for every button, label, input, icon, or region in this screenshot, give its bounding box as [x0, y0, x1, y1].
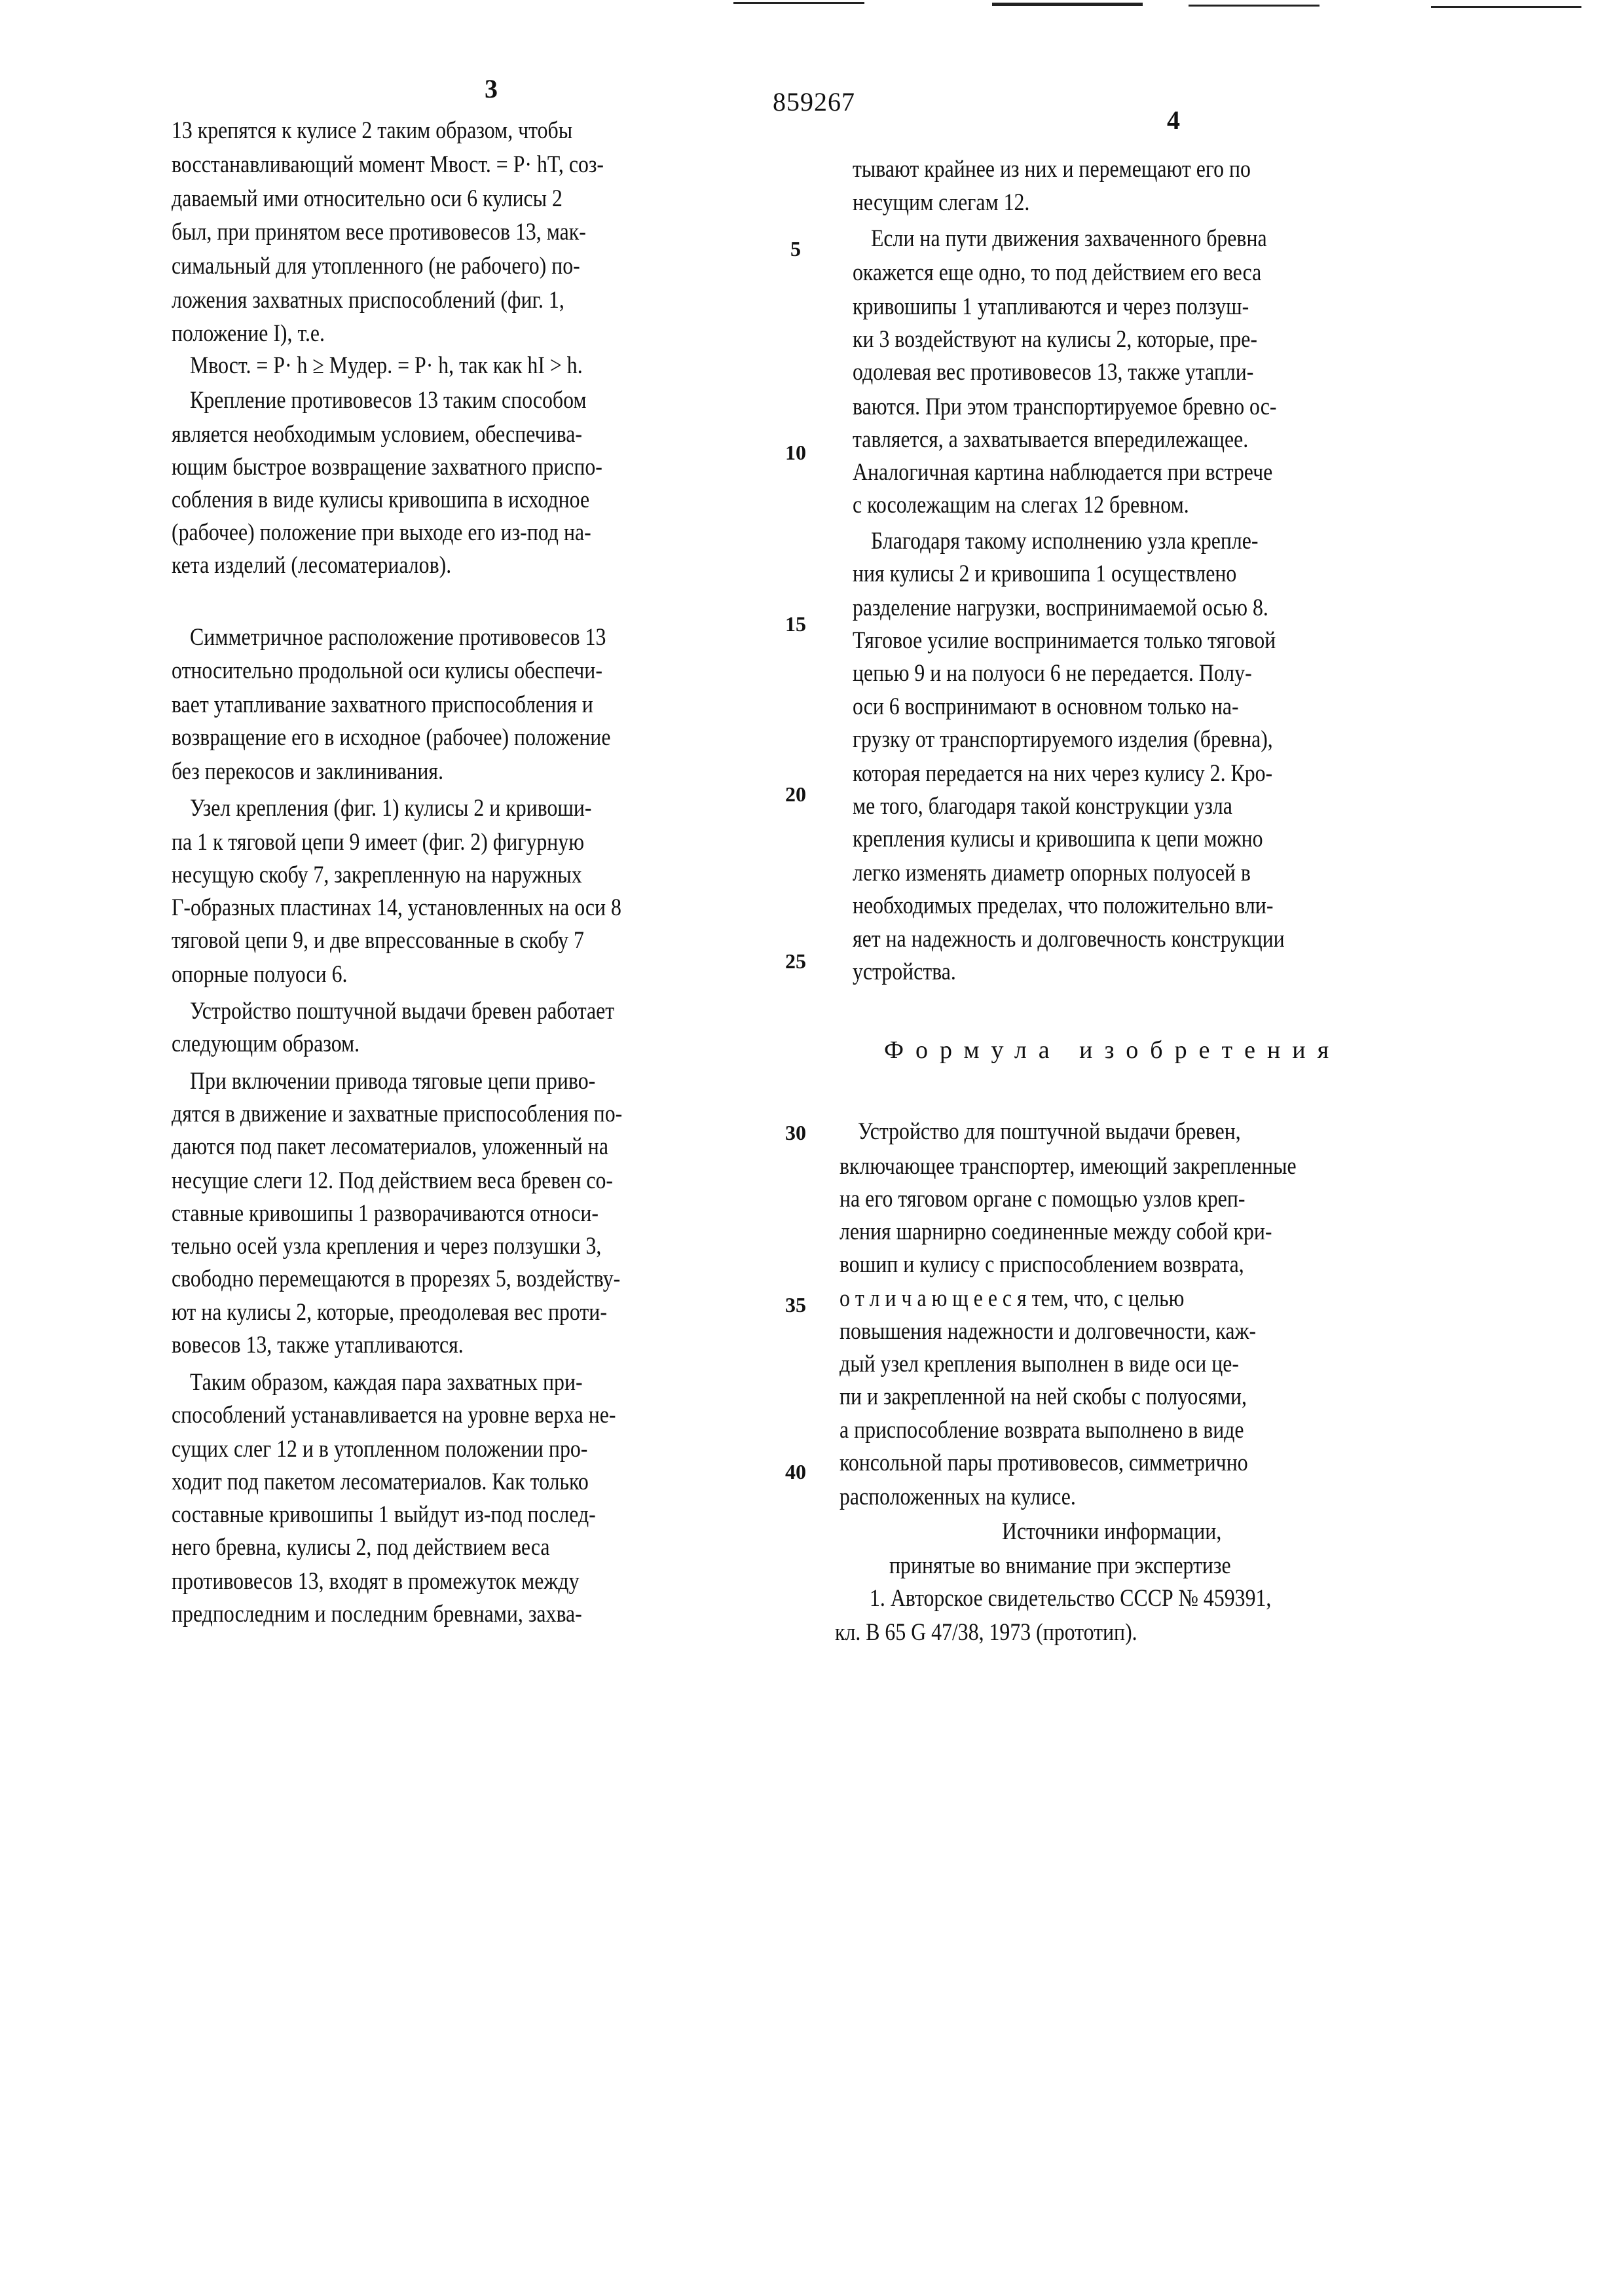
text-line: вает утапливание захватного приспособлен… [172, 691, 593, 720]
claim-line: Устройство для поштучной выдачи бревен, [858, 1118, 1241, 1146]
text-line: Симметричное расположение противовесов 1… [190, 623, 606, 652]
text-line: опорные полуоси 6. [172, 960, 347, 989]
text-line: свободно перемещаются в прорезях 5, возд… [172, 1265, 620, 1294]
line-number: 40 [776, 1460, 815, 1484]
text-line: тельно осей узла крепления и через ползу… [172, 1232, 601, 1261]
text-line: Г-образных пластинах 14, установленных н… [172, 894, 621, 922]
text-line: противовесов 13, входят в промежуток меж… [172, 1567, 580, 1596]
text-line: восстанавливающий момент Mвост. = P· hT,… [172, 151, 604, 179]
claim-line: консольной пары противовесов, симметричн… [840, 1449, 1248, 1478]
claim-line: а приспособление возврата выполнено в ви… [840, 1416, 1244, 1445]
text-line: следующим образом. [172, 1030, 360, 1059]
claim-line: на его тяговом органе с помощью узлов кр… [840, 1185, 1246, 1214]
text-line: Узел крепления (фиг. 1) кулисы 2 и криво… [190, 794, 591, 823]
claim-line: пи и закрепленной на ней скобы с полуося… [840, 1383, 1247, 1412]
text-line: даются под пакет лесоматериалов, уложенн… [172, 1133, 608, 1161]
text-line: дятся в движение и захватные приспособле… [172, 1100, 622, 1129]
text-line: При включении привода тяговые цепи приво… [190, 1067, 595, 1096]
text-line: ходит под пакетом лесоматериалов. Как то… [172, 1468, 589, 1497]
text-line: кета изделий (лесоматериалов). [172, 551, 451, 580]
text-line: без перекосов и заклинивания. [172, 757, 443, 786]
text-line: сущих слег 12 и в утопленном положении п… [172, 1435, 587, 1464]
patent-page: 3 859267 4 13 крепятся к кулисе 2 таким … [0, 0, 1624, 2296]
text-line: симальный для утопленного (не рабочего) … [172, 252, 580, 281]
claim-line: расположенных на кулисе. [840, 1483, 1076, 1512]
claim-line: дый узел крепления выполнен в виде оси ц… [840, 1350, 1239, 1379]
text-line: него бревна, кулисы 2, под действием вес… [172, 1533, 549, 1562]
text-line: был, при принятом весе противовесов 13, … [172, 218, 586, 247]
line-number: 10 [776, 441, 815, 465]
claims-body: Устройство для поштучной выдачи бревен,в… [840, 0, 1455, 1519]
text-line: составные кривошипы 1 выйдут из-под посл… [172, 1501, 596, 1529]
line-number: 25 [776, 949, 815, 974]
text-line: предпоследним и последним бревнами, захв… [172, 1600, 582, 1629]
claim-line: ления шарнирно соединенные между собой к… [840, 1218, 1272, 1247]
text-line: даваемый ими относительно оси 6 кулисы 2 [172, 185, 563, 213]
line-number-gutter: 510152025303540 [776, 0, 822, 1637]
text-line: па 1 к тяговой цепи 9 имеет (фиг. 2) фиг… [172, 828, 584, 857]
claim-line: повышения надежности и долговечности, ка… [840, 1317, 1256, 1346]
claim-line: о т л и ч а ю щ е е с я тем, что, с цель… [840, 1285, 1184, 1313]
text-line: Таким образом, каждая пара захватных при… [190, 1368, 583, 1397]
line-number: 15 [776, 612, 815, 636]
text-line: Mвост. = P· h ≥ Mудер. = P· h, так как h… [190, 352, 583, 380]
text-line: положение I), т.е. [172, 319, 325, 348]
text-line: Устройство поштучной выдачи бревен работ… [190, 997, 614, 1026]
text-line: является необходимым условием, обеспечив… [172, 420, 582, 449]
reference-1-line1: 1. Авторское свидетельство СССР № 459391… [870, 1584, 1271, 1613]
reference-1-line2: кл. В 65 G 47/38, 1973 (прототип). [835, 1618, 1137, 1647]
claim-line: включающее транспортер, имеющий закрепле… [840, 1152, 1297, 1181]
text-line: несущую скобу 7, закрепленную на наружны… [172, 861, 582, 890]
sources-title-line1: Источники информации, [1002, 1518, 1221, 1546]
text-line: (рабочее) положение при выходе его из-по… [172, 519, 591, 547]
text-line: ют на кулисы 2, которые, преодолевая вес… [172, 1298, 607, 1327]
left-column: 13 крепятся к кулисе 2 таким образом, чт… [172, 0, 794, 1637]
sources-title-line2: принятые во внимание при экспертизе [889, 1552, 1231, 1580]
text-line: собления в виде кулисы кривошипа в исход… [172, 486, 589, 515]
line-number: 5 [776, 237, 815, 261]
text-line: ющим быстрое возвращение захватного прис… [172, 453, 602, 482]
text-line: вовесов 13, также утапливаются. [172, 1331, 464, 1360]
text-line: относительно продольной оси кулисы обесп… [172, 657, 602, 685]
text-line: несущие слеги 12. Под действием веса бре… [172, 1167, 613, 1195]
line-number: 35 [776, 1293, 815, 1317]
text-line: способлений устанавливается на уровне ве… [172, 1401, 616, 1430]
line-number: 20 [776, 782, 815, 807]
line-number: 30 [776, 1121, 815, 1145]
text-line: ложения захватных приспособлений (фиг. 1… [172, 286, 564, 315]
text-line: 13 крепятся к кулисе 2 таким образом, чт… [172, 117, 572, 145]
text-line: Крепление противовесов 13 таким способом [190, 386, 587, 415]
text-line: ставные кривошипы 1 разворачиваются отно… [172, 1199, 599, 1228]
text-line: возвращение его в исходное (рабочее) пол… [172, 723, 610, 752]
text-line: тяговой цепи 9, и две впрессованные в ск… [172, 926, 584, 955]
claim-line: вошип и кулису с приспособлением возврат… [840, 1250, 1244, 1279]
